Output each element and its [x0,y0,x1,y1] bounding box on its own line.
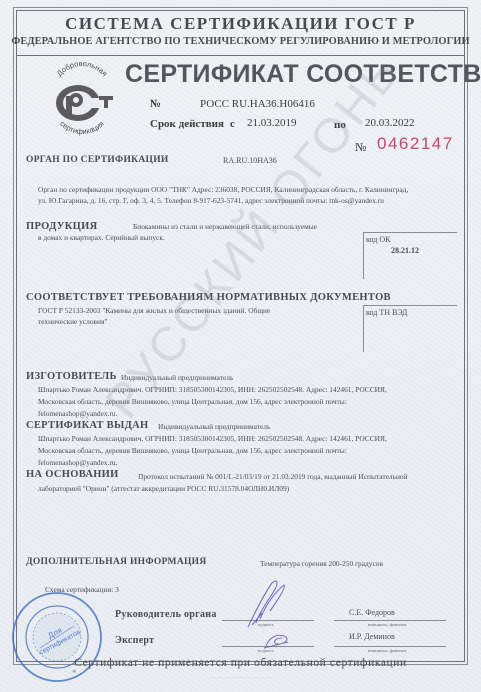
svg-text:сертификация: сертификация [58,119,105,136]
serial-number-label: № [355,140,366,155]
header-divider [16,55,465,56]
cert-body-code: RA.RU.10HA36 [223,156,277,165]
tnved-code-label: код ТН ВЭД [366,308,407,317]
ok-code-value: 28.21.12 [391,246,419,255]
expert-name-caption: инициалы, фамилия [368,648,407,653]
footer-note: Сертификат не применяется при обязательн… [13,657,468,669]
compliance-line-1: ГОСТ Р 52133-2003 "Камины для жилых и об… [38,305,270,317]
basis-label: НА ОСНОВАНИИ [26,469,119,480]
product-line-2: в домах и квартирах. Серийный выпуск. [38,232,165,244]
system-title: СИСТЕМА СЕРТИФИКАЦИИ ГОСТ Р [0,14,481,34]
certification-stamp-icon: Для сертификатов * [10,590,105,685]
validity-to-label: по [334,119,346,131]
manufacturer-email: felomenashop@yandex.ru. [38,408,117,420]
manufacturer-label: ИЗГОТОВИТЕЛЬ [26,371,117,382]
compliance-label: СООТВЕТСТВУЕТ ТРЕБОВАНИЯМ НОРМАТИВНЫХ ДО… [26,292,391,303]
head-name-caption: инициалы, фамилия [368,622,407,627]
head-name: С.Е. Федоров [349,608,395,617]
validity-to-date: 20.03.2022 [365,117,415,129]
rst-certification-logo-icon: Добровольная сертификация [44,60,120,136]
cert-body-label: ОРГАН ПО СЕРТИФИКАЦИИ [26,155,169,165]
certificate-title: СЕРТИФИКАТ СООТВЕТСТВИЯ [125,60,481,89]
cert-body-line-1: Орган по сертификации продукции ООО "ТНК… [38,184,408,196]
manufacturer-line-2: Московская область, деревня Вишняково, у… [38,396,347,408]
compliance-line-2: технические условия" [38,316,107,328]
certificate-number: РОСС RU.HA36.H06416 [200,98,315,110]
manufacturer-type: Индивидуальный предприниматель [121,372,233,384]
validity-from-label: с [230,118,235,130]
issued-to-line-2: Московская область, деревня Вишняково, у… [38,445,347,457]
printer-info: ········································… [0,676,481,680]
head-name-line [334,620,446,621]
serial-number: 0462147 [377,134,454,154]
manufacturer-line-1: Шпартько Роман Александрович. ОГРНИП: 31… [38,384,387,396]
basis-line-1: Протокол испытаний № 001/L-21/03/19 от 2… [138,471,408,483]
basis-line-2: лабораторией "Орион" (аттестат аккредита… [38,483,289,495]
agency-name: ФЕДЕРАЛЬНОЕ АГЕНТСТВО ПО ТЕХНИЧЕСКОМУ РЕ… [0,36,481,47]
issued-to-email: felomenashop@yandex.ru. [38,457,117,469]
expert-name: И.Р. Деминов [349,632,395,641]
expert-label: Эксперт [115,635,154,646]
validity-from-date: 21.03.2019 [247,117,297,129]
expert-name-line [334,646,446,647]
svg-text:Добровольная: Добровольная [55,60,109,78]
product-label: ПРОДУКЦИЯ [26,221,97,232]
issued-to-label: СЕРТИФИКАТ ВЫДАН [26,420,148,431]
head-of-body-label: Руководитель органа [115,609,217,620]
issued-to-line-1: Шпартько Роман Александрович. ОГРНИП: 31… [38,433,387,445]
product-line-1: Биокамины из стали и нержавеющей стали, … [133,221,317,233]
certificate-number-label: № [150,98,161,110]
ok-code-label: код ОК [366,235,390,244]
additional-info-text: Температура горения 200-250 градусов [260,558,383,570]
issued-to-type: Индивидуальный предприниматель [158,421,270,433]
expert-signature-icon [262,630,296,650]
cert-body-line-2: ул. Ю.Гагарина, д. 16, стр. Г, оф. 3, 4,… [38,195,384,207]
head-signature-icon [240,575,300,635]
additional-info-label: ДОПОЛНИТЕЛЬНАЯ ИНФОРМАЦИЯ [26,557,207,567]
validity-label: Срок действия [150,118,224,130]
